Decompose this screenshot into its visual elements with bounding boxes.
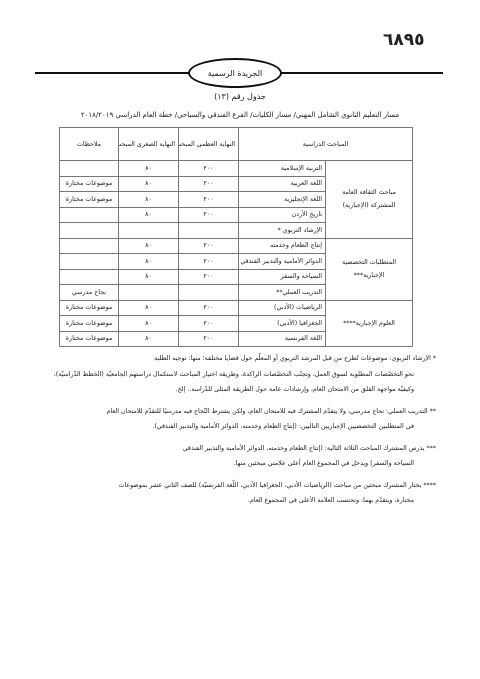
table-title: مسار التعليم الثانوي الشامل المهني/ مسار… xyxy=(50,111,430,119)
page-number: ٦٨٩٥ xyxy=(383,30,443,50)
note: موضوعات مختارة xyxy=(60,192,119,208)
min-mark: ٨٠ xyxy=(119,254,179,270)
max-mark: ٢٠٠ xyxy=(179,316,239,332)
subject: اللغة الفرنسية xyxy=(239,331,326,347)
subject: اللغة الإنجليزية xyxy=(239,192,326,208)
note xyxy=(60,254,119,270)
footnote-marker: ** xyxy=(430,408,436,415)
max-mark: ٢٠٠ xyxy=(179,331,239,347)
footnote-continuation: نحو التخصّصات المطلوبة لسوق العمل، وتجنّ… xyxy=(44,367,436,398)
subject: التدريب العملي** xyxy=(239,285,326,301)
max-mark: ٢٠٠ xyxy=(179,176,239,192)
subject: الجغرافيا (الأدبي) xyxy=(239,316,326,332)
note: موضوعات مختارة xyxy=(60,300,119,316)
footnote-first-line: يختار المشترك مبحثين من مباحث (الرياضيات… xyxy=(119,482,422,489)
footnote-marker: **** xyxy=(423,482,436,489)
min-mark: ٨٠ xyxy=(119,207,179,223)
header-subjects: المباحث الدراسية xyxy=(239,128,413,161)
footnote-first-line: يدرس المشترك المباحث الثلاثة التالية: (إ… xyxy=(183,445,425,452)
header-min-mark: النهاية الصغرى المبحث xyxy=(119,128,179,161)
footnote-practical-training: ** التدريب العملي: نجاح مدرسي، ولا يتقدّ… xyxy=(44,404,436,435)
footnote-continuation: السياحة والسفر) ويدخل في المجموع العام أ… xyxy=(44,456,436,472)
max-mark: ٢٠٠ xyxy=(179,192,239,208)
subject: اللغة العربية xyxy=(239,176,326,192)
note xyxy=(60,269,119,285)
note: موضوعات مختارة xyxy=(60,316,119,332)
table-row: مباحث الثقافة العامة المشتركة (الإجبارية… xyxy=(60,161,413,177)
footnote-first-line: التدريب العملي: نجاح مدرسي، ولا يتقدّم ا… xyxy=(106,408,427,415)
footnote-compulsory-sciences: **** يختار المشترك مبحثين من مباحث (الري… xyxy=(44,478,436,509)
gazette-emblem: الجريدة الرسمية xyxy=(188,58,282,88)
max-mark xyxy=(179,285,239,301)
footnote-marker: *** xyxy=(427,445,436,452)
footnotes: * الإرشاد التربوي: موضوعات تُطرح من قبل … xyxy=(44,351,436,515)
table-number: جدول رقم (١٣) xyxy=(0,92,480,101)
min-mark: ٨٠ xyxy=(119,316,179,332)
max-mark: ٢٠٠ xyxy=(179,207,239,223)
study-plan-table: المباحث الدراسية النهاية العظمى المبحث ا… xyxy=(59,127,413,347)
table-row: المتطلبات التخصصية الإجبارية*** إنتاج ال… xyxy=(60,238,413,254)
subject: إنتاج الطعام وخدمته xyxy=(239,238,326,254)
table-row: العلوم الإجبارية**** الرياضيات (الأدبي) … xyxy=(60,300,413,316)
min-mark: ٨٠ xyxy=(119,331,179,347)
subject: تاريخ الأردن xyxy=(239,207,326,223)
min-mark xyxy=(119,223,179,239)
note: نجاح مدرسي xyxy=(60,285,119,301)
min-mark: ٨٠ xyxy=(119,269,179,285)
footnote-specialized-requirements: *** يدرس المشترك المباحث الثلاثة التالية… xyxy=(44,441,436,472)
header-notes: ملاحظات xyxy=(60,128,119,161)
subject: الإرشاد التربوي * xyxy=(239,223,326,239)
min-mark: ٨٠ xyxy=(119,192,179,208)
note: موضوعات مختارة xyxy=(60,331,119,347)
max-mark: ٢٠٠ xyxy=(179,254,239,270)
min-mark: ٨٠ xyxy=(119,238,179,254)
subject: الدوائر الأمامية والتدبير الفندقي xyxy=(239,254,326,270)
table-header-row: المباحث الدراسية النهاية العظمى المبحث ا… xyxy=(60,128,413,161)
note xyxy=(60,223,119,239)
footnote-continuation: مختارة، ويتقدّم بهما، وتحتسب العلامة الأ… xyxy=(44,493,436,509)
min-mark xyxy=(119,285,179,301)
subject: الرياضيات (الأدبي) xyxy=(239,300,326,316)
max-mark: ٢٠٠ xyxy=(179,269,239,285)
subject: التربية الإسلامية xyxy=(239,161,326,177)
min-mark: ٨٠ xyxy=(119,300,179,316)
group-name: العلوم الإجبارية**** xyxy=(326,300,413,347)
note xyxy=(60,207,119,223)
max-mark: ٢٠٠ xyxy=(179,161,239,177)
group-name: مباحث الثقافة العامة المشتركة (الإجبارية… xyxy=(326,161,413,239)
footnote-marker: * xyxy=(433,355,436,362)
note: موضوعات مختارة xyxy=(60,176,119,192)
footnote-continuation: في المتطلبين التخصصيين الإجباريين التالي… xyxy=(44,419,436,435)
note xyxy=(60,161,119,177)
header-max-mark: النهاية العظمى المبحث xyxy=(179,128,239,161)
gazette-name: الجريدة الرسمية xyxy=(208,69,263,78)
max-mark xyxy=(179,223,239,239)
min-mark: ٨٠ xyxy=(119,161,179,177)
subject: السياحة والسفر xyxy=(239,269,326,285)
min-mark: ٨٠ xyxy=(119,176,179,192)
footnote-guidance: * الإرشاد التربوي: موضوعات تُطرح من قبل … xyxy=(44,351,436,398)
note xyxy=(60,238,119,254)
footnote-first-line: الإرشاد التربوي: موضوعات تُطرح من قبل ال… xyxy=(154,355,431,362)
max-mark: ٢٠٠ xyxy=(179,300,239,316)
max-mark: ٢٠٠ xyxy=(179,238,239,254)
group-name: المتطلبات التخصصية الإجبارية*** xyxy=(326,238,413,300)
